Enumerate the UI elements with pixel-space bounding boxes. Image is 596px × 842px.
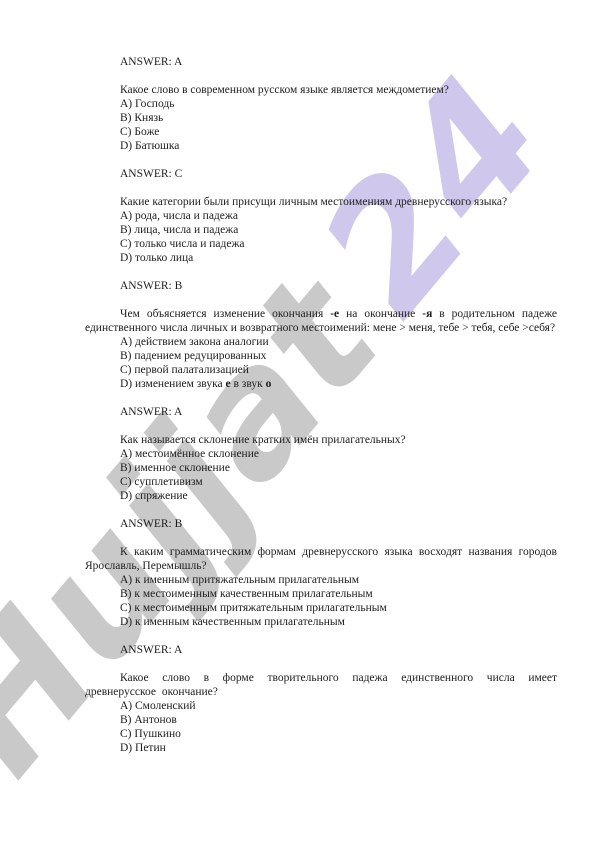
text-run: Чем объясняется изменение окончания xyxy=(120,308,330,320)
document-page: Hujjat24 ANSWER: AКакое слово в современ… xyxy=(0,0,596,842)
option-line: D) Петин xyxy=(85,741,557,755)
bold-text-run: о xyxy=(266,378,272,390)
text-run: D) только лица xyxy=(120,252,193,264)
text-run: B) к местоименным качественным прилагате… xyxy=(120,588,373,600)
option-line: A) местоимённое склонение xyxy=(85,447,557,461)
option-line: D) изменением звука е в звук о xyxy=(85,377,557,391)
option-line: D) спряжение xyxy=(85,489,557,503)
text-run: A) Смоленский xyxy=(120,700,196,712)
text-run: D) спряжение xyxy=(120,490,188,502)
option-line: A) действием закона аналогии xyxy=(85,335,557,349)
blank-line xyxy=(85,629,557,643)
bold-text-run: -я xyxy=(422,308,432,320)
text-run: B) Антонов xyxy=(120,714,177,726)
text-run: D) изменением звука xyxy=(120,378,225,390)
text-run: B) именное склонение xyxy=(120,462,230,474)
option-line: D) Батюшка xyxy=(85,139,557,153)
question-text: К каким грамматическим формам древнерусс… xyxy=(85,545,557,573)
option-line: B) Князь xyxy=(85,111,557,125)
blank-line xyxy=(85,419,557,433)
answer-line: ANSWER: B xyxy=(85,517,557,531)
blank-line xyxy=(85,657,557,671)
option-line: C) супплетивизм xyxy=(85,475,557,489)
option-line: A) Смоленский xyxy=(85,699,557,713)
blank-line xyxy=(85,69,557,83)
text-run: C) первой палатализацией xyxy=(120,364,249,376)
option-line: A) рода, числа и падежа xyxy=(85,209,557,223)
option-line: C) Пушкино xyxy=(85,727,557,741)
option-line: B) именное склонение xyxy=(85,461,557,475)
question-text: Как называется склонение кратких имён пр… xyxy=(85,433,557,447)
bold-text-run: -е xyxy=(330,308,339,320)
blank-line xyxy=(85,503,557,517)
option-line: B) к местоименным качественным прилагате… xyxy=(85,587,557,601)
answer-line: ANSWER: A xyxy=(85,643,557,657)
question-text: Какое слово в форме творительного падежа… xyxy=(85,671,557,699)
text-run: C) Боже xyxy=(120,126,159,138)
text-run: на окончание xyxy=(339,308,422,320)
text-run: C) супплетивизм xyxy=(120,476,203,488)
text-run: в звук xyxy=(231,378,266,390)
option-line: D) только лица xyxy=(85,251,557,265)
text-run: C) к местоименным притяжательным прилага… xyxy=(120,602,387,614)
question-text: Чем объясняется изменение окончания -е н… xyxy=(85,307,557,335)
text-run: Какое слово в форме творительного падежа… xyxy=(85,672,557,698)
question-text: Какие категории были присущи личным мест… xyxy=(85,195,557,209)
option-line: C) к местоименным притяжательным прилага… xyxy=(85,601,557,615)
text-run: B) Князь xyxy=(120,112,163,124)
answer-line: ANSWER: B xyxy=(85,279,557,293)
text-run: B) лица, числа и падежа xyxy=(120,224,238,236)
option-line: B) лица, числа и падежа xyxy=(85,223,557,237)
text-run: D) Петин xyxy=(120,742,166,754)
option-line: C) Боже xyxy=(85,125,557,139)
text-run: D) Батюшка xyxy=(120,140,179,152)
blank-line xyxy=(85,755,557,769)
text-run: C) Пушкино xyxy=(120,728,181,740)
text-run: A) к именным притяжательным прилагательн… xyxy=(120,574,359,586)
text-run: Как называется склонение кратких имён пр… xyxy=(120,434,406,446)
blank-line xyxy=(85,293,557,307)
blank-line xyxy=(85,391,557,405)
document-body: ANSWER: AКакое слово в современном русск… xyxy=(85,55,557,769)
option-line: C) первой палатализацией xyxy=(85,363,557,377)
blank-line xyxy=(85,153,557,167)
option-line: B) Антонов xyxy=(85,713,557,727)
text-run: A) действием закона аналогии xyxy=(120,336,269,348)
answer-line: ANSWER: C xyxy=(85,167,557,181)
option-line: D) к именным качественным прилагательным xyxy=(85,615,557,629)
blank-line xyxy=(85,265,557,279)
text-run: Какое слово в современном русском языке … xyxy=(120,84,449,96)
text-run: A) рода, числа и падежа xyxy=(120,210,238,222)
text-run: A) местоимённое склонение xyxy=(120,448,259,460)
answer-line: ANSWER: A xyxy=(85,405,557,419)
text-run: A) Господь xyxy=(120,98,174,110)
option-line: A) к именным притяжательным прилагательн… xyxy=(85,573,557,587)
text-run: B) падением редуцированных xyxy=(120,350,266,362)
answer-line: ANSWER: A xyxy=(85,55,557,69)
text-run: D) к именным качественным прилагательным xyxy=(120,616,345,628)
text-run: C) только числа и падежа xyxy=(120,238,245,250)
blank-line xyxy=(85,181,557,195)
question-text: Какое слово в современном русском языке … xyxy=(85,83,557,97)
text-run: К каким грамматическим формам древнерусс… xyxy=(85,546,557,572)
option-line: C) только числа и падежа xyxy=(85,237,557,251)
text-run: Какие категории были присущи личным мест… xyxy=(120,196,507,208)
option-line: A) Господь xyxy=(85,97,557,111)
option-line: B) падением редуцированных xyxy=(85,349,557,363)
blank-line xyxy=(85,531,557,545)
